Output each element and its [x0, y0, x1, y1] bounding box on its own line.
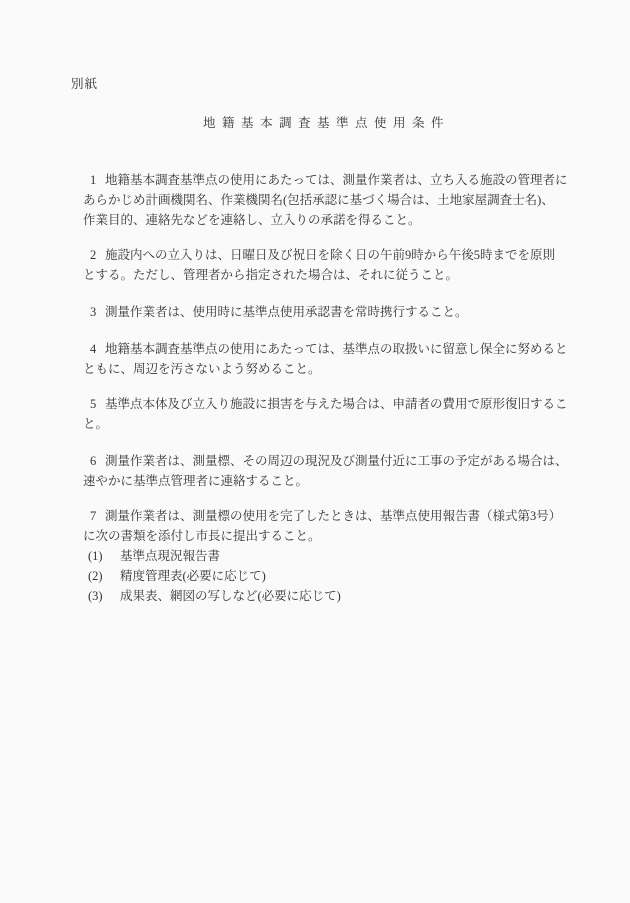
- clause-text: 地籍基本調査基準点の使用にあたっては、基準点の取扱いに留意し保全に努めると: [105, 342, 568, 356]
- clause-2: 2施設内への立入りは、日曜日及び祝日を除く日の午前9時から午後5時までを原則 と…: [83, 245, 555, 285]
- clause-number: 2: [83, 245, 105, 265]
- sub-item-text: 精度管理表(必要に応じて): [120, 569, 266, 583]
- clause-3: 3測量作業者は、使用時に基準点使用承認書を常時携行すること。: [83, 302, 468, 322]
- clause-line: 6測量作業者は、測量標、その周辺の現況及び測量付近に工事の予定がある場合は、: [83, 451, 568, 471]
- sub-item-number: (3): [88, 586, 120, 606]
- clause-text: 施設内への立入りは、日曜日及び祝日を除く日の午前9時から午後5時までを原則: [105, 248, 555, 262]
- clause-number: 7: [83, 506, 105, 526]
- clause-text: 測量作業者は、使用時に基準点使用承認書を常時携行すること。: [105, 305, 468, 319]
- clause-line: 4地籍基本調査基準点の使用にあたっては、基準点の取扱いに留意し保全に努めると: [83, 339, 568, 359]
- attachment-label: 別紙: [71, 74, 98, 94]
- sub-item-3: (3)成果表、網図の写しなど(必要に応じて): [83, 586, 561, 606]
- clause-line: 3測量作業者は、使用時に基準点使用承認書を常時携行すること。: [83, 302, 468, 322]
- clause-line: 速やかに基準点管理者に連絡すること。: [83, 471, 568, 491]
- sub-item-number: (1): [88, 546, 120, 566]
- page-title: 地籍基本調査基準点使用条件: [203, 113, 450, 133]
- clause-1: 1地籍基本調査基準点の使用にあたっては、測量作業者は、立ち入る施設の管理者に あ…: [83, 170, 568, 230]
- sub-item-1: (1)基準点現況報告書: [83, 546, 561, 566]
- clause-line: ともに、周辺を汚さないよう努めること。: [83, 359, 568, 379]
- clause-number: 3: [83, 302, 105, 322]
- clause-text: 基準点本体及び立入り施設に損害を与えた場合は、申請者の費用で原形復旧するこ: [105, 397, 568, 411]
- document-page: 別紙 地籍基本調査基準点使用条件 1地籍基本調査基準点の使用にあたっては、測量作…: [0, 0, 630, 903]
- clause-text: 地籍基本調査基準点の使用にあたっては、測量作業者は、立ち入る施設の管理者に: [105, 173, 568, 187]
- clause-line: 1地籍基本調査基準点の使用にあたっては、測量作業者は、立ち入る施設の管理者に: [83, 170, 568, 190]
- clause-text: 測量作業者は、測量標の使用を完了したときは、基準点使用報告書（様式第3号）: [105, 509, 561, 523]
- clause-number: 5: [83, 394, 105, 414]
- clause-line: 2施設内への立入りは、日曜日及び祝日を除く日の午前9時から午後5時までを原則: [83, 245, 555, 265]
- sub-item-number: (2): [88, 566, 120, 586]
- clause-6: 6測量作業者は、測量標、その周辺の現況及び測量付近に工事の予定がある場合は、 速…: [83, 451, 568, 491]
- sub-item-text: 基準点現況報告書: [120, 549, 220, 563]
- clause-line: 7測量作業者は、測量標の使用を完了したときは、基準点使用報告書（様式第3号）: [83, 506, 561, 526]
- clause-4: 4地籍基本調査基準点の使用にあたっては、基準点の取扱いに留意し保全に努めると と…: [83, 339, 568, 379]
- clause-line: 作業目的、連絡先などを連絡し、立入りの承諾を得ること。: [83, 210, 568, 230]
- clause-number: 1: [83, 170, 105, 190]
- clause-number: 4: [83, 339, 105, 359]
- sub-item-2: (2)精度管理表(必要に応じて): [83, 566, 561, 586]
- clause-line: と。: [83, 414, 568, 434]
- clause-line: に次の書類を添付し市長に提出すること。: [83, 526, 561, 546]
- clause-line: とする。ただし、管理者から指定された場合は、それに従うこと。: [83, 265, 555, 285]
- clause-number: 6: [83, 451, 105, 471]
- clause-line: あらかじめ計画機関名、作業機関名(包括承認に基づく場合は、土地家屋調査士名)、: [83, 190, 568, 210]
- sub-item-text: 成果表、網図の写しなど(必要に応じて): [120, 589, 341, 603]
- clause-text: 測量作業者は、測量標、その周辺の現況及び測量付近に工事の予定がある場合は、: [105, 454, 568, 468]
- clause-line: 5基準点本体及び立入り施設に損害を与えた場合は、申請者の費用で原形復旧するこ: [83, 394, 568, 414]
- clause-5: 5基準点本体及び立入り施設に損害を与えた場合は、申請者の費用で原形復旧するこ と…: [83, 394, 568, 434]
- clause-7: 7測量作業者は、測量標の使用を完了したときは、基準点使用報告書（様式第3号） に…: [83, 506, 561, 606]
